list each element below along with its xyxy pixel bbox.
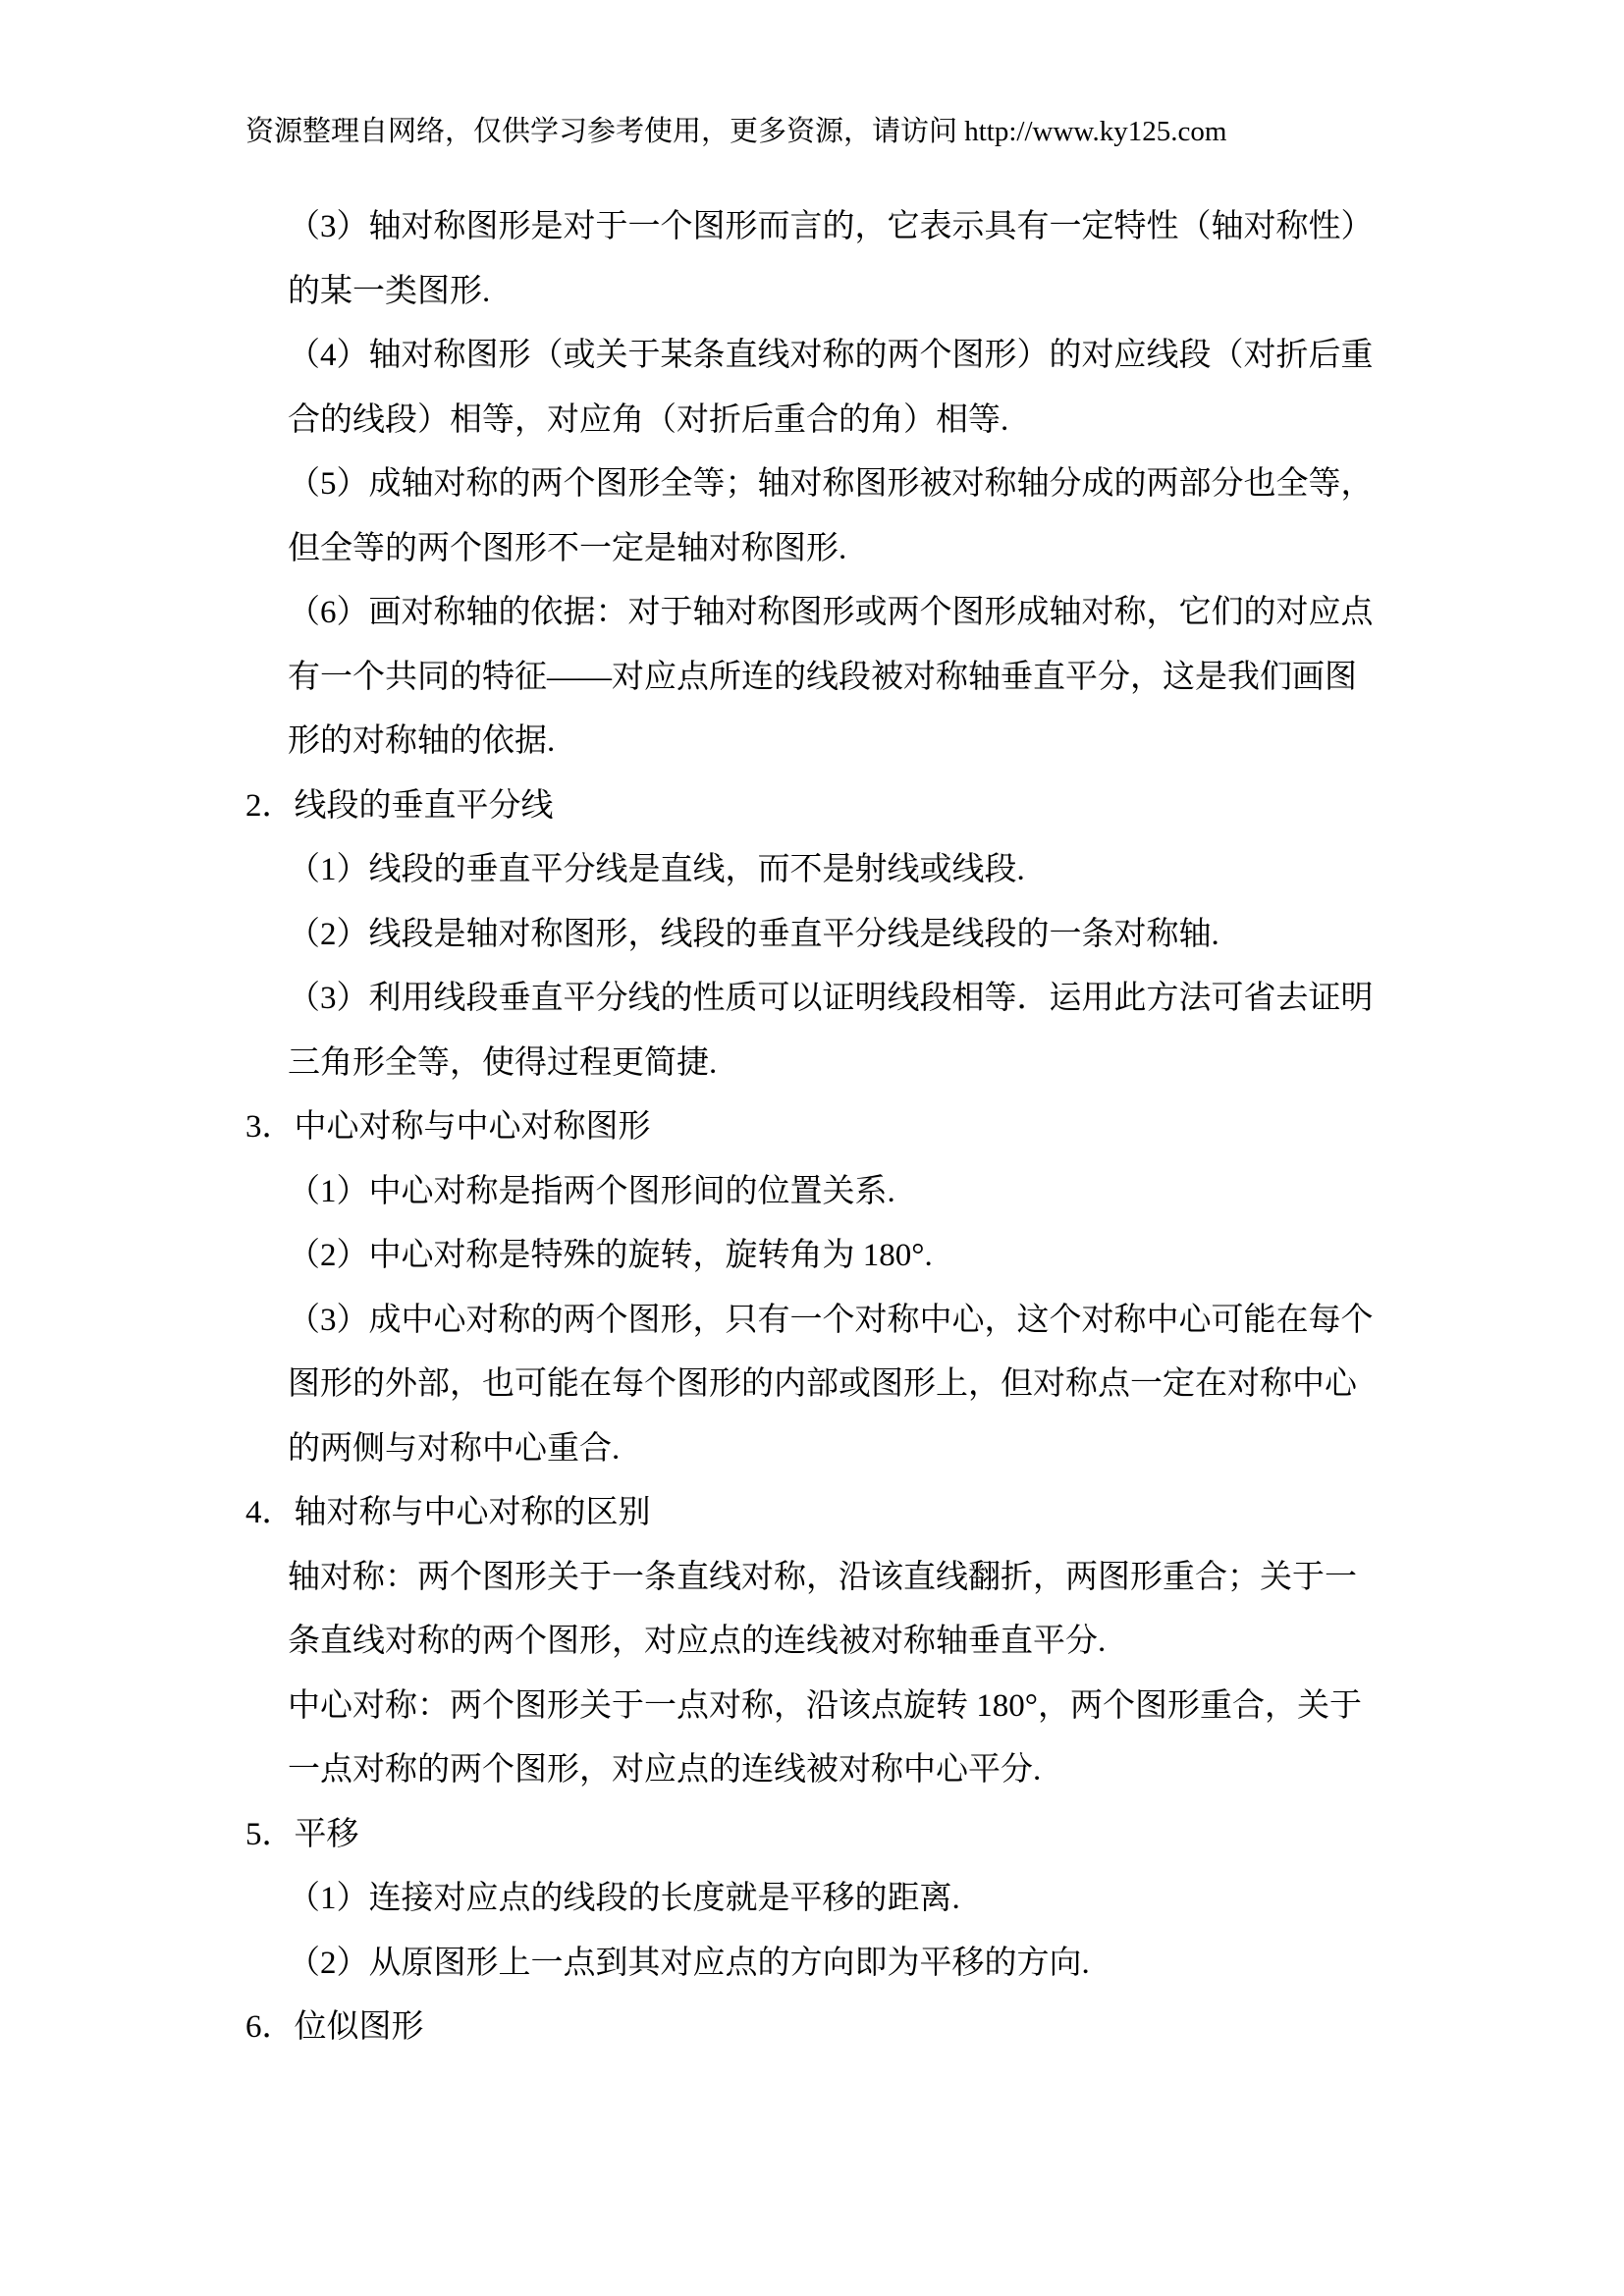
header-source-note: 资源整理自网络，仅供学习参考使用，更多资源，请访问 http://www.ky1… [245,114,1226,149]
document-page: 资源整理自网络，仅供学习参考使用，更多资源，请访问 http://www.ky1… [0,0,1624,2296]
text-line: 的某一类图形. [245,260,1394,325]
section-heading-line: 3．中心对称与中心对称图形 [245,1095,1394,1160]
section-heading-line: 5．平移 [245,1803,1394,1868]
text-line: （3）轴对称图形是对于一个图形而言的，它表示具有一定特性（轴对称性） [245,195,1394,260]
text-line: （3）成中心对称的两个图形，只有一个对称中心，这个对称中心可能在每个 [245,1289,1394,1354]
text-line: （6）画对称轴的依据：对于轴对称图形或两个图形成轴对称，它们的对应点 [245,581,1394,646]
text-line: 中心对称：两个图形关于一点对称，沿该点旋转 180°，两个图形重合，关于 [245,1675,1394,1739]
text-line: 的两侧与对称中心重合. [245,1417,1394,1482]
text-line: （2）从原图形上一点到其对应点的方向即为平移的方向. [245,1932,1394,1997]
text-line: 条直线对称的两个图形，对应点的连线被对称轴垂直平分. [245,1610,1394,1675]
text-line: 一点对称的两个图形，对应点的连线被对称中心平分. [245,1738,1394,1803]
text-line: （5）成轴对称的两个图形全等；轴对称图形被对称轴分成的两部分也全等， [245,453,1394,517]
text-line: （1）线段的垂直平分线是直线，而不是射线或线段. [245,838,1394,903]
text-line: 有一个共同的特征——对应点所连的线段被对称轴垂直平分，这是我们画图 [245,646,1394,711]
text-line: 三角形全等，使得过程更简捷. [245,1032,1394,1096]
section-heading-line: 2．线段的垂直平分线 [245,774,1394,839]
text-line: （1）中心对称是指两个图形间的位置关系. [245,1160,1394,1225]
text-line: 图形的外部，也可能在每个图形的内部或图形上，但对称点一定在对称中心 [245,1353,1394,1417]
text-line: 轴对称：两个图形关于一条直线对称，沿该直线翻折，两图形重合；关于一 [245,1546,1394,1611]
section-heading-line: 4．轴对称与中心对称的区别 [245,1481,1394,1546]
text-line: （1）连接对应点的线段的长度就是平移的距离. [245,1867,1394,1932]
section-heading-line: 6．位似图形 [245,1996,1394,2060]
text-line: 形的对称轴的依据. [245,710,1394,774]
text-line: 但全等的两个图形不一定是轴对称图形. [245,517,1394,582]
text-line: （2）线段是轴对称图形，线段的垂直平分线是线段的一条对称轴. [245,903,1394,968]
document-body: （3）轴对称图形是对于一个图形而言的，它表示具有一定特性（轴对称性）的某一类图形… [245,195,1394,2060]
text-line: （4）轴对称图形（或关于某条直线对称的两个图形）的对应线段（对折后重 [245,324,1394,389]
text-line: 合的线段）相等，对应角（对折后重合的角）相等. [245,389,1394,454]
text-line: （2）中心对称是特殊的旋转，旋转角为 180°. [245,1224,1394,1289]
text-line: （3）利用线段垂直平分线的性质可以证明线段相等．运用此方法可省去证明 [245,967,1394,1032]
